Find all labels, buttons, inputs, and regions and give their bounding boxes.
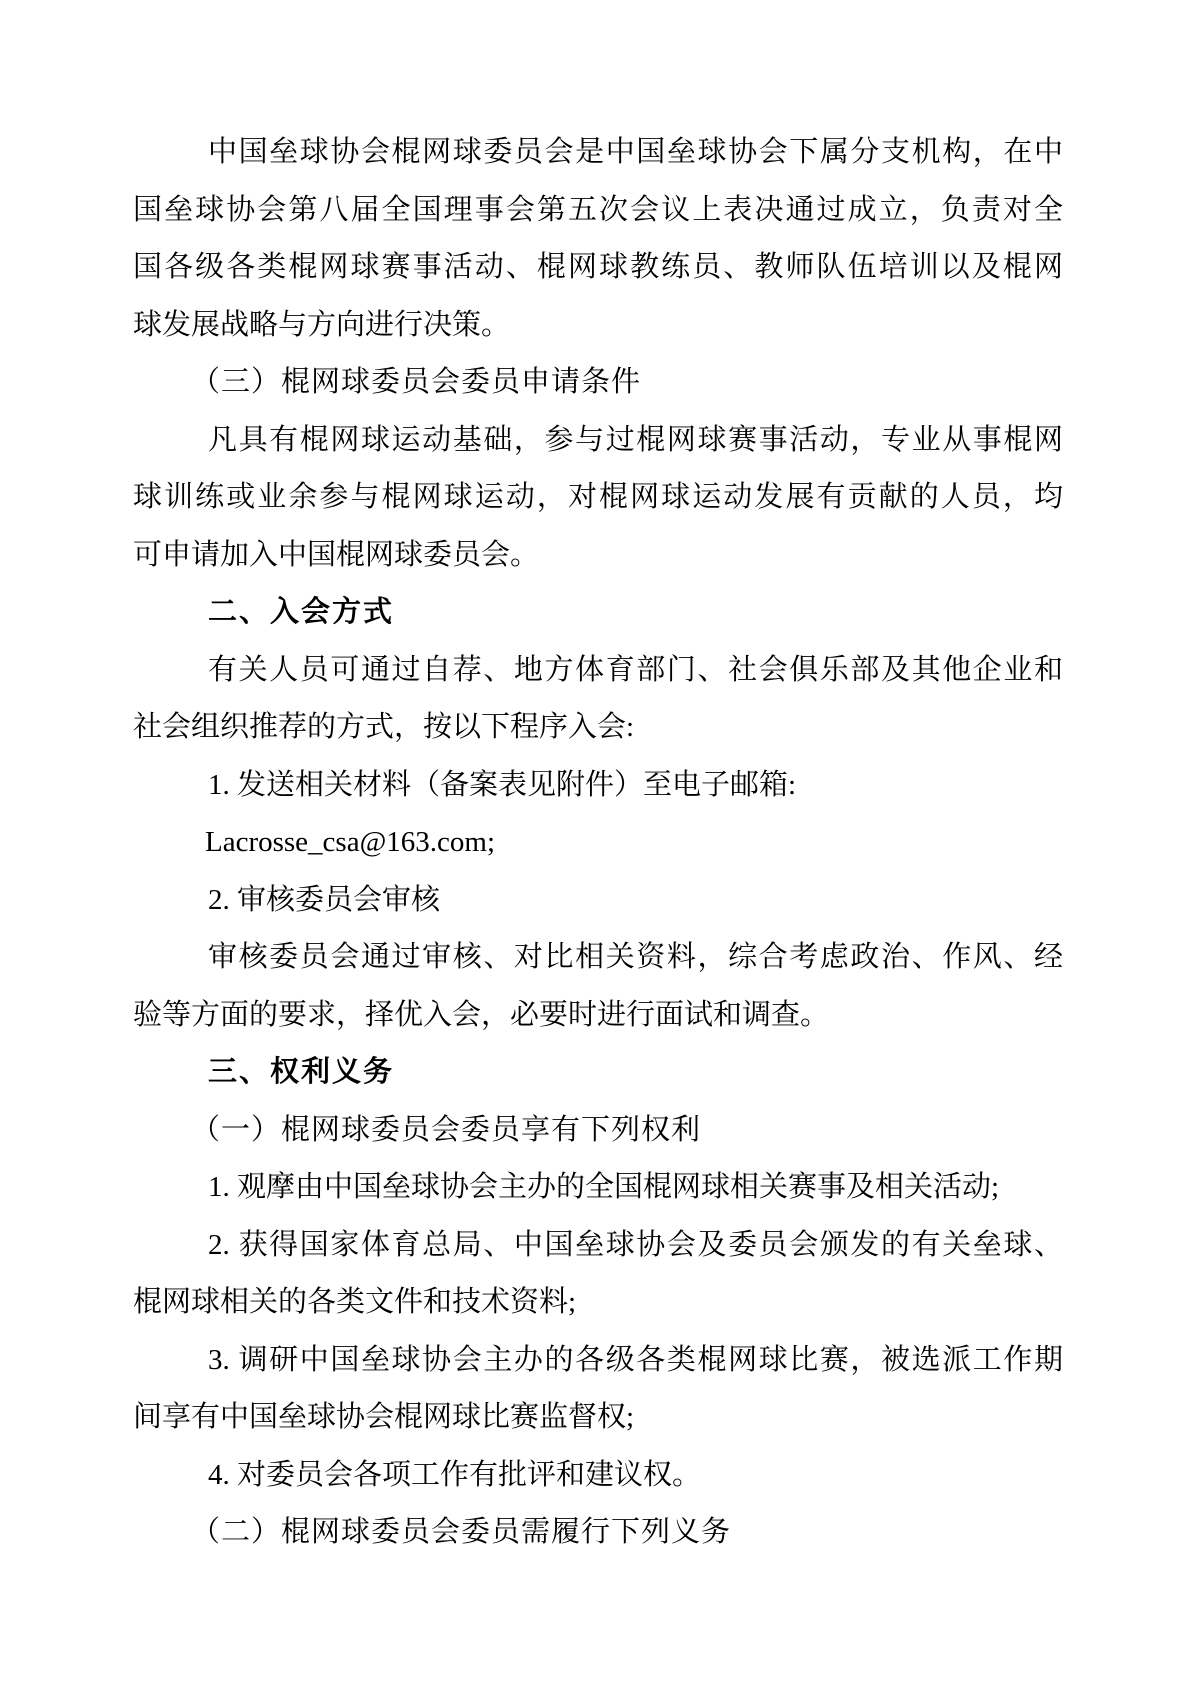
text-line: 棍网球相关的各类文件和技术资料; <box>133 1274 1063 1332</box>
text-line: 国垒球协会第八届全国理事会第五次会议上表决通过成立，负责对全 <box>133 182 1063 240</box>
list-item-line: 1. 发送相关材料（备案表见附件）至电子邮箱: <box>133 757 1063 815</box>
sub-section-heading: （三）棍网球委员会委员申请条件 <box>133 354 1063 412</box>
text-line: 审核委员会通过审核、对比相关资料，综合考虑政治、作风、经 <box>133 929 1063 987</box>
list-item-line: 3. 调研中国垒球协会主办的各级各类棍网球比赛，被选派工作期 <box>133 1332 1063 1390</box>
sub-section-heading: （二）棍网球委员会委员需履行下列义务 <box>133 1504 1063 1562</box>
document-body: 中国垒球协会棍网球委员会是中国垒球协会下属分支机构，在中国垒球协会第八届全国理事… <box>133 124 1063 1562</box>
list-item-line: 1. 观摩由中国垒球协会主办的全国棍网球相关赛事及相关活动; <box>133 1159 1063 1217</box>
text-line: 间享有中国垒球协会棍网球比赛监督权; <box>133 1389 1063 1447</box>
list-item-line: 2. 获得国家体育总局、中国垒球协会及委员会颁发的有关垒球、 <box>133 1217 1063 1275</box>
email-address-text: Lacrosse_csa@163.com; <box>133 814 1063 872</box>
section-heading: 三、权利义务 <box>133 1044 1063 1102</box>
list-item-line: 4. 对委员会各项工作有批评和建议权。 <box>133 1447 1063 1505</box>
text-line: 有关人员可通过自荐、地方体育部门、社会俱乐部及其他企业和 <box>133 642 1063 700</box>
text-line: 球训练或业余参与棍网球运动，对棍网球运动发展有贡献的人员，均 <box>133 469 1063 527</box>
list-item-line: 2. 审核委员会审核 <box>133 872 1063 930</box>
sub-section-heading: （一）棍网球委员会委员享有下列权利 <box>133 1102 1063 1160</box>
text-line: 凡具有棍网球运动基础，参与过棍网球赛事活动，专业从事棍网 <box>133 412 1063 470</box>
section-heading: 二、入会方式 <box>133 584 1063 642</box>
text-line: 验等方面的要求，择优入会，必要时进行面试和调查。 <box>133 987 1063 1045</box>
text-line: 球发展战略与方向进行决策。 <box>133 297 1063 355</box>
text-line: 社会组织推荐的方式，按以下程序入会: <box>133 699 1063 757</box>
text-line: 可申请加入中国棍网球委员会。 <box>133 527 1063 585</box>
text-line: 中国垒球协会棍网球委员会是中国垒球协会下属分支机构，在中 <box>133 124 1063 182</box>
document-page: 中国垒球协会棍网球委员会是中国垒球协会下属分支机构，在中国垒球协会第八届全国理事… <box>0 0 1190 1683</box>
text-line: 国各级各类棍网球赛事活动、棍网球教练员、教师队伍培训以及棍网 <box>133 239 1063 297</box>
